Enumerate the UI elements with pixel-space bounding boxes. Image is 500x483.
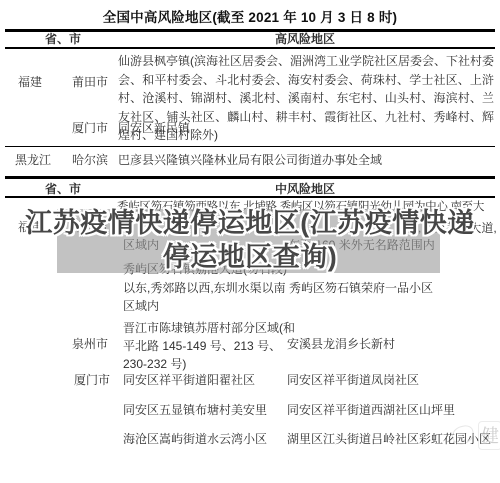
- city-label: 泉州市: [72, 337, 108, 352]
- medium-risk-area-xiamen-a3: 海沧区嵩屿街道水云湾小区: [123, 432, 267, 447]
- column-header-high-risk: 高风险地区: [118, 32, 492, 47]
- province-label: 福建: [18, 75, 42, 90]
- column-header-province-city-2: 省、市: [45, 182, 81, 197]
- watermark-text-line1: 江苏疫情快递停运地区(江苏疫情快递: [0, 206, 500, 240]
- province-label: 黑龙江: [15, 153, 51, 168]
- divider-table1-row: [5, 146, 495, 147]
- medium-risk-area-xiamen-b1: 同安区祥平街道凤岗社区: [287, 373, 419, 388]
- column-header-province-city-1: 省、市: [45, 32, 81, 47]
- watermark-text-line2: 停运地区查询): [0, 240, 500, 274]
- medium-risk-area-quanzhou-a: 晋江市陈埭镇苏厝村部分区域(和 平北路 145-149 号、213 号、 230…: [123, 319, 295, 373]
- city-label: 厦门市: [72, 121, 108, 136]
- page-title: 全国中高风险地区(截至 2021 年 10 月 3 日 8 时): [0, 6, 500, 26]
- high-risk-area-text-harbin: 巴彦县兴隆镇兴隆林业局有限公司街道办事处全域: [118, 153, 382, 168]
- medium-risk-area-xiamen-a2: 同安区五显镇布塘村美安里: [123, 403, 267, 418]
- medium-risk-area-xiamen-b2: 同安区祥平街道西湖社区山坪里: [287, 403, 455, 418]
- faint-stamp-character: 健: [478, 421, 500, 450]
- city-label: 莆田市: [72, 75, 108, 90]
- high-risk-area-text-xiamen: 同安区新民镇: [118, 121, 190, 136]
- divider-table1-bottom: [5, 176, 495, 179]
- medium-risk-area-xiamen-a1: 同安区祥平街道阳翟社区: [123, 373, 255, 388]
- divider-table1-header: [5, 47, 495, 49]
- medium-risk-line5: 以东,秀郊路以西,东圳水渠以南 秀屿区笏石镇荣府一品小区: [123, 281, 433, 296]
- column-header-medium-risk: 中风险地区: [118, 182, 492, 197]
- medium-risk-line6: 区域内: [123, 299, 159, 314]
- city-label: 哈尔滨: [72, 153, 108, 168]
- medium-risk-area-quanzhou-b: 安溪县龙涓乡长新村: [287, 337, 395, 352]
- city-label: 厦门市: [74, 373, 110, 388]
- divider-table2-header: [5, 196, 495, 198]
